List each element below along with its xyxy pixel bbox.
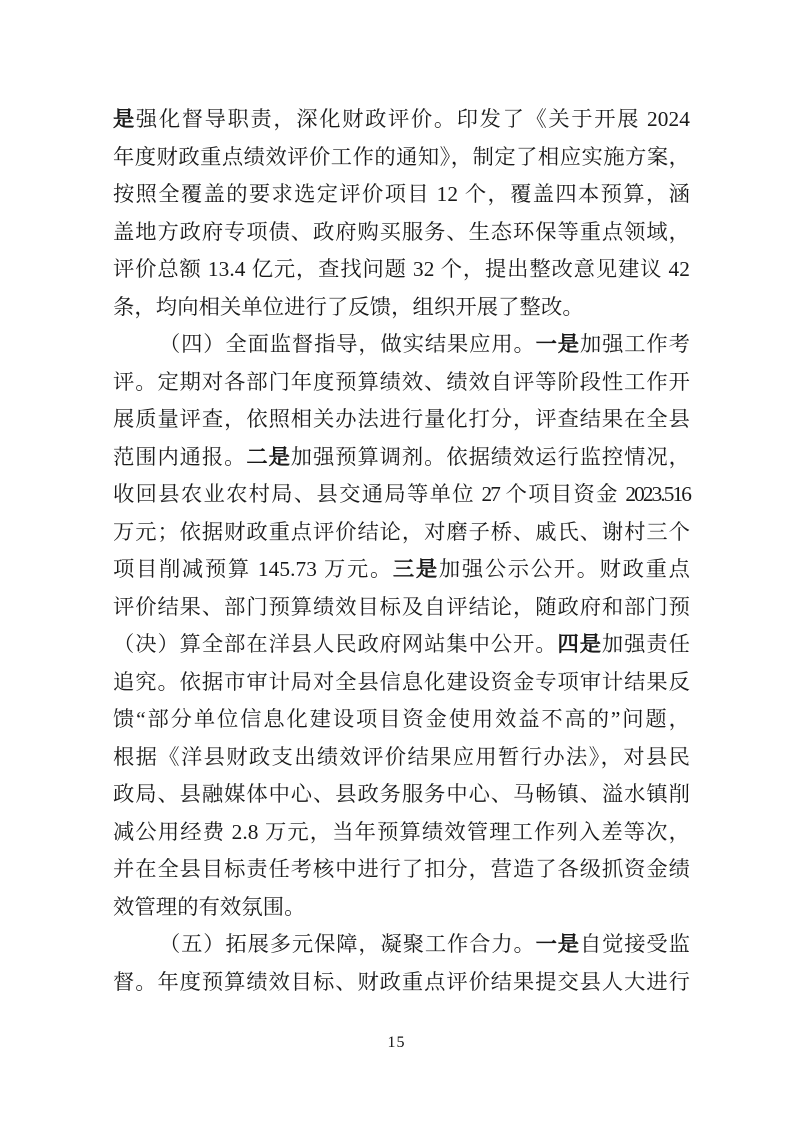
text-line: 督。年度预算绩效目标、财政重点评价结果提交县人大进行 (113, 964, 690, 1002)
text-run: 根据《洋县财政支出绩效评价结果应用暂行办法》，对县民 (113, 745, 690, 769)
text-line: 是强化督导职责，深化财政评价。印发了《关于开展 2024 (113, 101, 690, 139)
text-line: 按照全覆盖的要求选定评价项目 12 个，覆盖四本预算，涵 (113, 176, 690, 214)
text-run: 加强责任 (602, 632, 690, 656)
text-line: 根据《洋县财政支出绩效评价结果应用暂行办法》，对县民 (113, 739, 690, 777)
text-line: 并在全县目标责任考核中进行了扣分，营造了各级抓资金绩 (113, 851, 690, 889)
text-run: 自觉接受监 (580, 932, 690, 956)
bold-text-run: 三是 (393, 557, 439, 581)
text-run: 收回县农业农村局、县交通局等单位 27 个项目资金 2023.516 (113, 482, 690, 506)
text-run: 评价总额 13.4 亿元，查找问题 32 个，提出整改意见建议 42 (113, 257, 690, 281)
bold-text-run: 一是 (536, 932, 580, 956)
text-run: （五）拓展多元保障，凝聚工作合力。 (159, 932, 536, 956)
text-run: 范围内通报。 (113, 445, 246, 469)
text-run: 并在全县目标责任考核中进行了扣分，营造了各级抓资金绩 (113, 857, 690, 881)
document-page: 是强化督导职责，深化财政评价。印发了《关于开展 2024年度财政重点绩效评价工作… (0, 0, 793, 1122)
text-line: 效管理的有效氛围。 (113, 889, 690, 927)
text-line: （四）全面监督指导，做实结果应用。一是加强工作考 (113, 326, 690, 364)
text-run: 追究。依据市审计局对全县信息化建设资金专项审计结果反 (113, 670, 690, 694)
text-line: 政局、县融媒体中心、县政务服务中心、马畅镇、溢水镇削 (113, 776, 690, 814)
text-line: 评价总额 13.4 亿元，查找问题 32 个，提出整改意见建议 42 (113, 251, 690, 289)
text-run: 项目削减预算 145.73 万元。 (113, 557, 393, 581)
text-line: 年度财政重点绩效评价工作的通知》，制定了相应实施方案， (113, 139, 690, 177)
text-line: 减公用经费 2.8 万元，当年预算绩效管理工作列入差等次， (113, 814, 690, 852)
text-run: 盖地方政府专项债、政府购买服务、生态环保等重点领域， (113, 220, 690, 244)
text-run: 加强预算调剂。依据绩效运行监控情况， (291, 445, 690, 469)
text-run: 加强工作考 (580, 332, 690, 356)
text-line: 范围内通报。二是加强预算调剂。依据绩效运行监控情况， (113, 439, 690, 477)
text-run: 万元；依据财政重点评价结论，对磨子桥、戚氏、谢村三个 (113, 520, 690, 544)
text-run: （决）算全部在洋县人民政府网站集中公开。 (113, 632, 557, 656)
text-line: 万元；依据财政重点评价结论，对磨子桥、戚氏、谢村三个 (113, 514, 690, 552)
text-run: 政局、县融媒体中心、县政务服务中心、马畅镇、溢水镇削 (113, 782, 690, 806)
text-line: 评价结果、部门预算绩效目标及自评结论，随政府和部门预 (113, 589, 690, 627)
text-run: 加强公示公开。财政重点 (439, 557, 690, 581)
text-run: （四）全面监督指导，做实结果应用。 (159, 332, 536, 356)
text-run: 条，均向相关单位进行了反馈，组织开展了整改。 (113, 295, 584, 319)
bold-text-run: 四是 (557, 632, 601, 656)
text-line: 馈“部分单位信息化建设项目资金使用效益不高的”问题， (113, 701, 690, 739)
text-run: 督。年度预算绩效目标、财政重点评价结果提交县人大进行 (113, 970, 690, 994)
text-run: 强化督导职责，深化财政评价。印发了《关于开展 2024 (136, 107, 690, 131)
page-number: 15 (0, 1034, 793, 1052)
document-body: 是强化督导职责，深化财政评价。印发了《关于开展 2024年度财政重点绩效评价工作… (113, 101, 690, 1001)
bold-text-run: 一是 (536, 332, 580, 356)
text-line: 项目削减预算 145.73 万元。三是加强公示公开。财政重点 (113, 551, 690, 589)
text-run: 评价结果、部门预算绩效目标及自评结论，随政府和部门预 (113, 595, 690, 619)
text-line: （五）拓展多元保障，凝聚工作合力。一是自觉接受监 (113, 926, 690, 964)
text-run: 评。定期对各部门年度预算绩效、绩效自评等阶段性工作开 (113, 370, 690, 394)
text-line: （决）算全部在洋县人民政府网站集中公开。四是加强责任 (113, 626, 690, 664)
text-line: 收回县农业农村局、县交通局等单位 27 个项目资金 2023.516 (113, 476, 690, 514)
text-run: 馈“部分单位信息化建设项目资金使用效益不高的”问题， (113, 707, 690, 731)
text-line: 展质量评查，依照相关办法进行量化打分，评查结果在全县 (113, 401, 690, 439)
bold-text-run: 二是 (246, 445, 290, 469)
text-line: 盖地方政府专项债、政府购买服务、生态环保等重点领域， (113, 214, 690, 252)
text-line: 条，均向相关单位进行了反馈，组织开展了整改。 (113, 289, 690, 327)
text-run: 按照全覆盖的要求选定评价项目 12 个，覆盖四本预算，涵 (113, 182, 690, 206)
text-run: 效管理的有效氛围。 (113, 895, 306, 919)
text-run: 年度财政重点绩效评价工作的通知》，制定了相应实施方案， (113, 145, 690, 169)
bold-text-run: 是 (113, 107, 136, 131)
text-line: 评。定期对各部门年度预算绩效、绩效自评等阶段性工作开 (113, 364, 690, 402)
text-run: 展质量评查，依照相关办法进行量化打分，评查结果在全县 (113, 407, 690, 431)
text-run: 减公用经费 2.8 万元，当年预算绩效管理工作列入差等次， (113, 820, 690, 844)
text-line: 追究。依据市审计局对全县信息化建设资金专项审计结果反 (113, 664, 690, 702)
